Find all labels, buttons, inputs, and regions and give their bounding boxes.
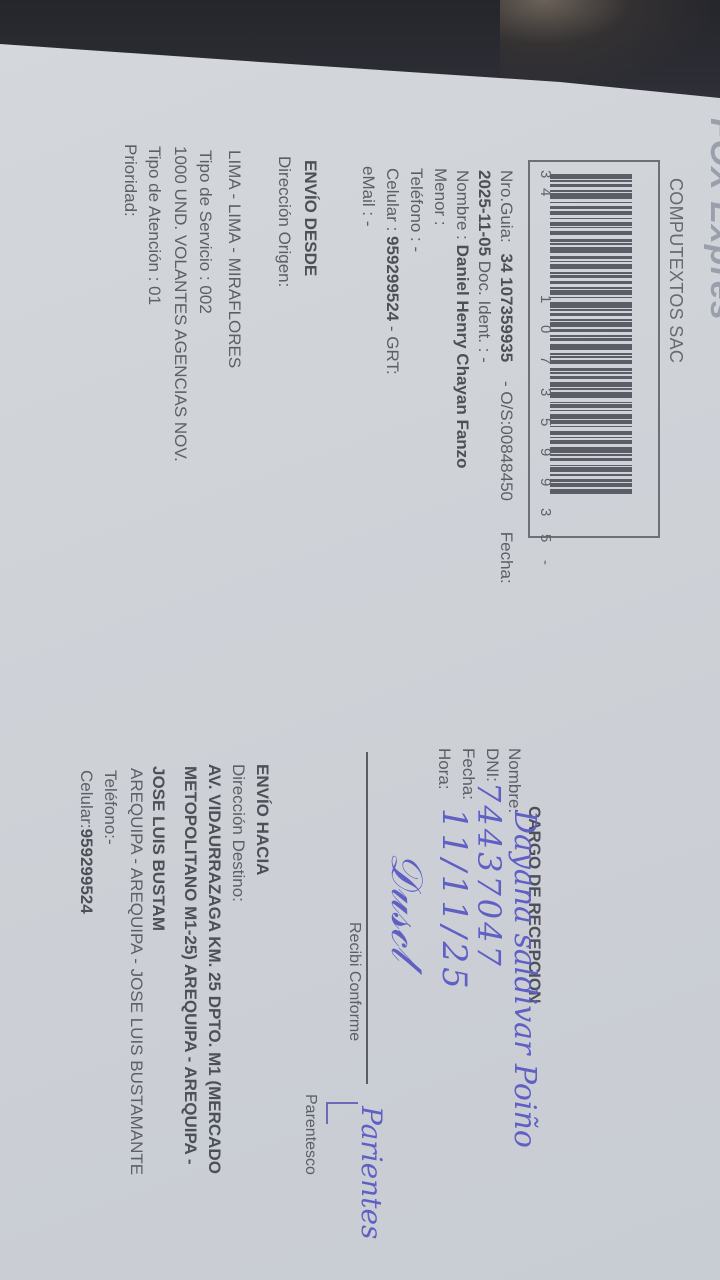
- celular-value: 959299524: [383, 236, 402, 321]
- barcode-digit: -: [537, 560, 554, 565]
- tipo-atencion: Tipo de Atención : 01: [144, 146, 164, 305]
- fecha-label: Fecha:: [497, 532, 516, 584]
- doc-ident-label: Doc. Ident. :: [475, 261, 494, 353]
- barcode-bar: [550, 465, 632, 467]
- destino-telefono: Teléfono:-: [100, 770, 120, 845]
- recibi-conforme-label: Recibi Conforme: [344, 922, 364, 1041]
- handwritten-signature: 𝒟𝓊𝓈𝒸𝓁: [381, 852, 432, 960]
- handwritten-parentesco: Parientes: [355, 1106, 388, 1239]
- barcode-bar: [550, 190, 632, 192]
- nombre-row: Nombre : Daniel Henry Chayan Fanzo: [452, 170, 472, 469]
- os-label: - O/S:: [497, 381, 516, 425]
- barcode-bar: [550, 243, 632, 245]
- barcode-bar: [550, 392, 632, 398]
- barcode-bar: [550, 360, 632, 365]
- barcode-bar: [550, 440, 632, 443]
- handwritten-date: 11/11/25: [434, 808, 474, 993]
- email-row: eMail : -: [358, 166, 378, 226]
- barcode-bar: [550, 356, 632, 358]
- date-row: 2025-11-05 Doc. Ident. : -: [474, 170, 494, 363]
- barcode-bar: [550, 404, 632, 407]
- recipient-name: JOSE LUIS BUSTAM: [148, 766, 168, 931]
- email-label: eMail :: [359, 166, 378, 216]
- parentesco-bracket: [326, 1102, 358, 1124]
- barcode-digit: 4: [537, 188, 554, 196]
- barcode-bar: [550, 382, 632, 387]
- barcode-digit: 3: [537, 170, 554, 178]
- parentesco-label: Parentesco: [300, 1094, 320, 1175]
- barcode-bar: [550, 222, 632, 225]
- telefono-label: Teléfono :: [407, 168, 426, 242]
- destination-district: AREQUIPA - AREQUIPA - JOSE LUIS BUSTAMAN…: [126, 768, 146, 1175]
- barcode-digit: 0: [537, 325, 554, 333]
- guia-row: Nro.Guia: 34 107359935 - O/S:00848450 Fe…: [496, 170, 516, 584]
- barcode-bar: [550, 372, 632, 374]
- barcode-bar: [550, 247, 632, 253]
- direccion-origen-label: Dirección Origen:: [274, 156, 294, 287]
- signature-line: [366, 752, 368, 1084]
- barcode-bar: [550, 335, 632, 337]
- address-line-2: METOPOLITANO M1-25) AREQUIPA - AREQUIPA …: [180, 766, 200, 1165]
- barcode-bar: [550, 414, 632, 419]
- barcode-bar: [550, 272, 632, 274]
- barcode-digit: 1: [537, 295, 554, 303]
- shipping-document: FOX Expres 34107359935- COMPUTEXTOS SAC …: [0, 0, 720, 1280]
- date-value: 2025-11-05: [475, 170, 494, 256]
- barcode-digit: 5: [537, 534, 554, 542]
- barcode-bar: [550, 329, 632, 332]
- barcode-bar: [550, 489, 632, 494]
- barcode-bar: [550, 353, 632, 355]
- barcode-bar: [550, 437, 632, 439]
- barcode-digit: 9: [537, 478, 554, 486]
- barcode-bar: [550, 174, 632, 179]
- barcode-bar: [550, 184, 632, 187]
- email-value: -: [359, 221, 378, 227]
- recepcion-hora-label: Hora:: [434, 748, 454, 790]
- prioridad-label: Prioridad:: [120, 144, 140, 217]
- barcode-bar: [550, 218, 632, 220]
- barcode-bar: [550, 297, 632, 299]
- celular-row: Celular : 959299524 - GRT:: [382, 168, 402, 375]
- brand-logo-text: FOX Expres: [712, 118, 720, 321]
- barcode-bar: [550, 231, 632, 236]
- telefono-row: Teléfono : -: [406, 168, 426, 252]
- barcode-bar: [550, 256, 632, 259]
- destino-celular-value: 959299524: [77, 829, 96, 914]
- barcode-bar: [550, 479, 632, 482]
- barcode-bar: [550, 206, 632, 209]
- nombre-value: Daniel Henry Chayan Fanzo: [453, 245, 472, 469]
- nombre-label: Nombre :: [453, 170, 472, 240]
- barcode-bar: [550, 319, 632, 321]
- barcode-bar: [550, 458, 632, 461]
- barcode-bar: [550, 239, 632, 242]
- telefono-value: -: [407, 246, 426, 252]
- origin-location: LIMA - LIMA - MIRAFLORES: [224, 150, 244, 368]
- barcode-bar: [550, 410, 632, 412]
- guia-label: Nro.Guia:: [497, 170, 516, 243]
- barcode-bar: [550, 193, 632, 199]
- handwritten-dni: 74437047: [470, 782, 508, 969]
- barcode-bar: [550, 338, 632, 341]
- destino-celular-row: Celular:959299524: [76, 770, 96, 914]
- barcode-bar: [550, 211, 632, 216]
- barcode-bar: [550, 227, 632, 229]
- barcode-bar: [550, 290, 632, 295]
- barcode-bar: [550, 302, 632, 308]
- barcode-bar: [550, 344, 632, 350]
- doc-ident-value: -: [475, 357, 494, 363]
- barcode-digit: 9: [537, 448, 554, 456]
- barcode-bar: [550, 180, 632, 182]
- barcode-bar: [550, 261, 632, 263]
- barcode-bar: [550, 454, 632, 456]
- envio-hacia-heading: ENVÍO HACIA: [252, 764, 272, 875]
- barcode-digit: 3: [537, 388, 554, 396]
- barcode-bar: [550, 483, 632, 486]
- barcode-bar: [550, 322, 632, 327]
- barcode-bar: [550, 264, 632, 269]
- address-line-1: AV. VIDAURRAZAGA KM. 25 DPTO. M1 (MERCAD…: [204, 764, 224, 1174]
- direccion-destino-label: Dirección Destino:: [228, 764, 248, 902]
- destino-celular-label: Celular:: [77, 770, 96, 829]
- barcode: [550, 174, 632, 524]
- menor-label: Menor :: [430, 168, 450, 226]
- barcode-digit: 3: [537, 508, 554, 516]
- barcode-bar: [550, 313, 632, 316]
- barcode-bar: [550, 474, 632, 476]
- barcode-digit: 5: [537, 418, 554, 426]
- grt-label: - GRT:: [383, 326, 402, 375]
- company-name: COMPUTEXTOS SAC: [666, 178, 686, 363]
- barcode-bar: [550, 447, 632, 453]
- barcode-bar: [550, 281, 632, 284]
- barcode-bar: [550, 275, 632, 278]
- celular-label: Celular :: [383, 168, 402, 231]
- handwritten-receiver-name: Dayana saldivar Poiño: [507, 810, 542, 1148]
- barcode-bar: [550, 368, 632, 371]
- tipo-servicio: Tipo de Servicio : 002: [195, 150, 215, 314]
- barcode-box: 34107359935-: [528, 160, 660, 538]
- barcode-bar: [550, 431, 632, 436]
- barcode-digits: 34107359935-: [534, 170, 554, 530]
- barcode-bar: [550, 426, 632, 428]
- barcode-bar: [550, 376, 632, 379]
- barcode-bar: [550, 202, 632, 204]
- barcode-bar: [550, 388, 632, 390]
- envio-desde-heading: ENVÍO DESDE: [300, 160, 320, 276]
- barcode-bar: [550, 309, 632, 311]
- contenido: 1000 UND. VOLANTES AGENCIAS NOV.: [170, 146, 190, 462]
- os-value: 00848450: [497, 425, 516, 501]
- barcode-bar: [550, 467, 632, 472]
- barcode-digit: 7: [537, 356, 554, 364]
- barcode-bar: [550, 287, 632, 289]
- barcode-bar: [550, 420, 632, 423]
- recepcion-dni-label: DNI:: [482, 748, 502, 782]
- barcode-bar: [550, 402, 632, 404]
- guia-value: 34 107359935: [497, 253, 516, 362]
